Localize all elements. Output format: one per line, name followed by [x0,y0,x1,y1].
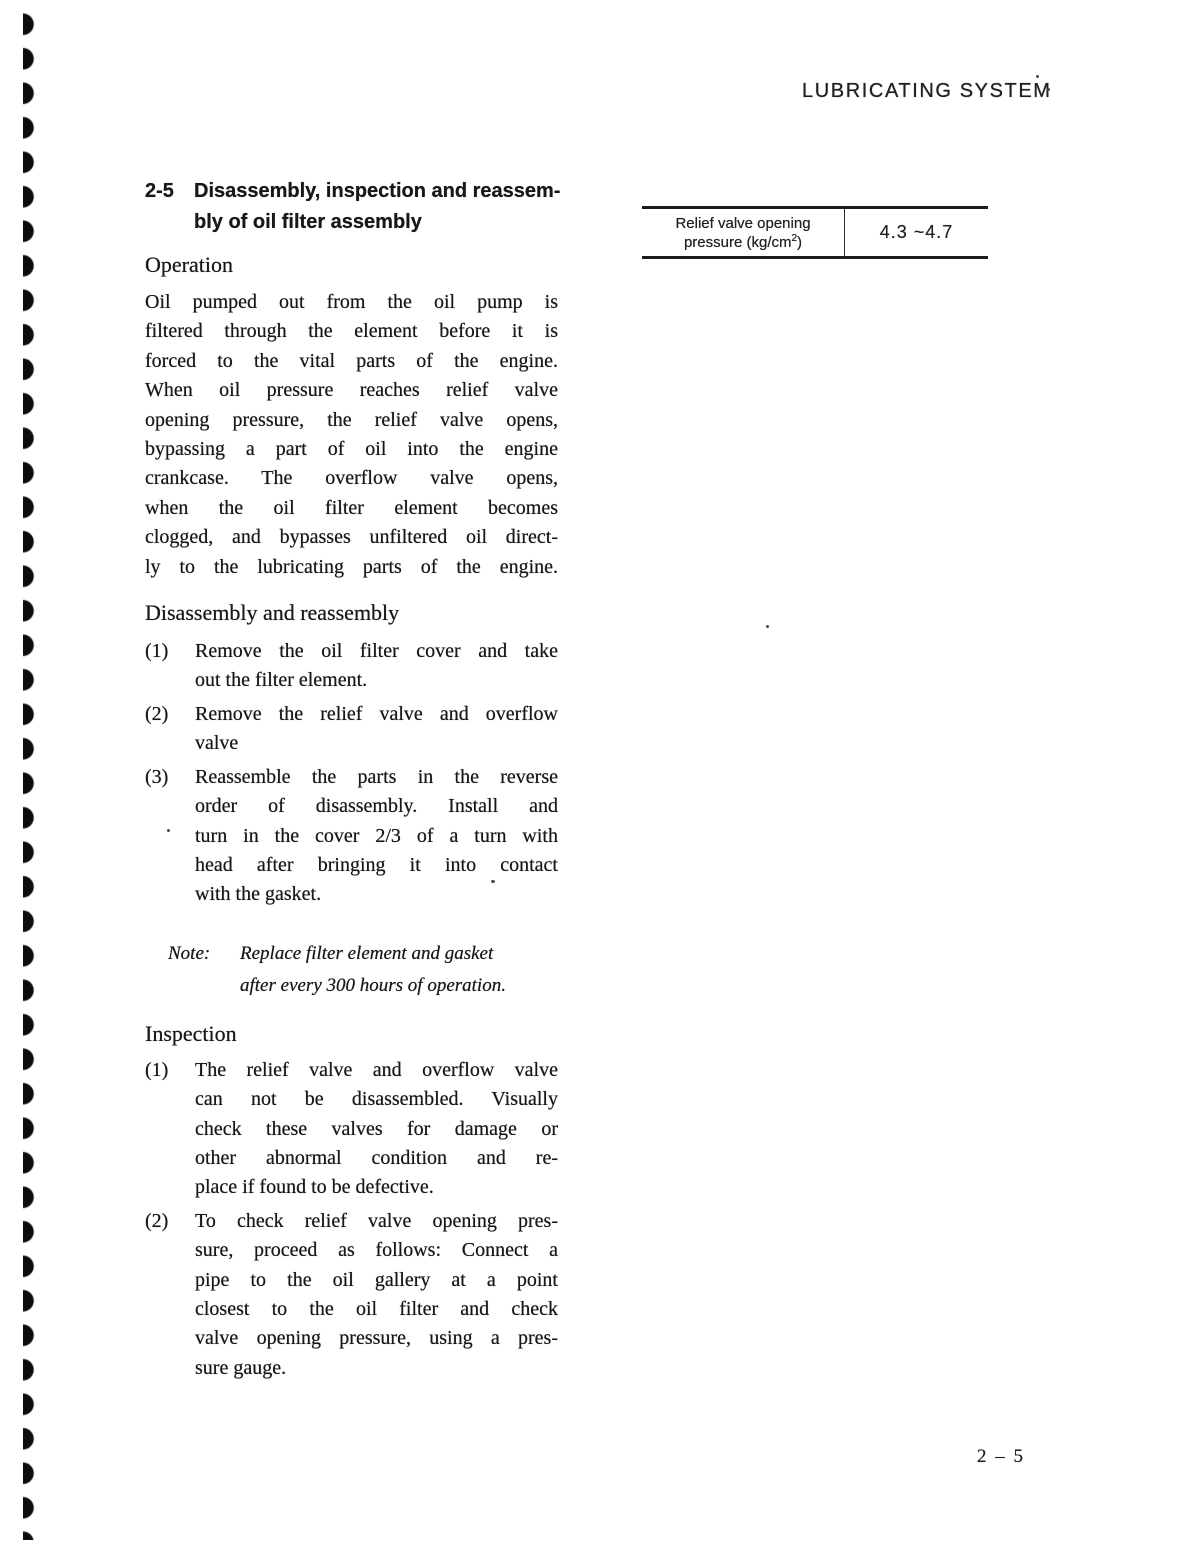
text-line: sure, proceed as follows: Connect a [195,1236,558,1265]
note-block: Note: Replace filter element and gasket … [168,938,558,1002]
text-line: with the gasket. [195,880,558,909]
section-heading: 2-5 Disassembly, inspection and reassem-… [145,176,558,238]
text-line: Remove the oil filter cover and take [195,637,558,666]
text-line: head after bringing it into contact [195,851,558,880]
scan-speck [766,625,769,628]
list-item: (2) Remove the relief valve and overflow… [145,700,558,759]
text-line: out the filter element. [195,666,558,695]
text-line: The relief valve and overflow valve [195,1056,558,1085]
list-item-number: (2) [145,1207,195,1383]
text-line: closest to the oil filter and check [195,1295,558,1324]
section-number: 2-5 [145,176,194,238]
main-column: 2-5 Disassembly, inspection and reassem-… [145,176,558,1387]
spec-label-line1: Relief valve opening [675,214,810,233]
text-line: order of disassembly. Install and [195,792,558,821]
spec-table-value: 4.3 ~4.7 [844,209,988,256]
scan-speck [1047,88,1050,91]
text-line: When oil pressure reaches relief valve [145,376,558,405]
text-line: pipe to the oil gallery at a point [195,1266,558,1295]
text-line: filtered through the element before it i… [145,317,558,346]
text-line: check these valves for damage or [195,1115,558,1144]
text-line: bypassing a part of oil into the engine [145,435,558,464]
text-line: opening pressure, the relief valve opens… [145,406,558,435]
disassembly-label: Disassembly and reassembly [145,599,558,626]
list-item-number: (1) [145,1056,195,1203]
text-line: bly of oil filter assembly [194,207,560,238]
scanned-manual-page: { "colors": { "paper": "#ffffff", "ink":… [0,0,1190,1544]
text-line: turn in the cover 2/3 of a turn with [195,822,558,851]
text-line: clogged, and bypasses unfiltered oil dir… [145,523,558,552]
spec-label-line2: pressure (kg/cm2) [684,233,802,252]
text-line: crankcase. The overflow valve opens, [145,464,558,493]
inspection-list: (1) The relief valve and overflow valve … [145,1056,558,1383]
text-line: Oil pumped out from the oil pump is [145,288,558,317]
operation-paragraph: Oil pumped out from the oil pump is filt… [145,288,558,582]
text-line: when the oil filter element becomes [145,494,558,523]
list-item-number: (1) [145,637,195,696]
list-item: (3) Reassemble the parts in the reverse … [145,763,558,910]
text-line: ly to the lubricating parts of the engin… [145,553,558,582]
text-line: sure gauge. [195,1354,558,1383]
list-item: (1) Remove the oil filter cover and take… [145,637,558,696]
list-item-number: (3) [145,763,195,910]
text-line: To check relief valve opening pres- [195,1207,558,1236]
spec-table: Relief valve opening pressure (kg/cm2) 4… [642,206,988,259]
disassembly-list: (1) Remove the oil filter cover and take… [145,637,558,910]
text-line: after every 300 hours of operation. [240,970,506,1002]
binding-holes [23,7,43,1540]
note-label: Note: [168,938,240,1002]
list-item: (2) To check relief valve opening pres- … [145,1207,558,1383]
page-number: 2 – 5 [977,1446,1025,1468]
text-line: other abnormal condition and re- [195,1144,558,1173]
text-line: Reassemble the parts in the reverse [195,763,558,792]
text-line: place if found to be defective. [195,1173,558,1202]
text-line: valve [195,729,558,758]
text-line: Disassembly, inspection and reassem- [194,176,560,207]
text-line: valve opening pressure, using a pres- [195,1324,558,1353]
text-line: Remove the relief valve and overflow [195,700,558,729]
note-text: Replace filter element and gasket after … [240,938,506,1002]
scan-speck [1036,75,1039,78]
section-title: Disassembly, inspection and reassem- bly… [194,176,560,238]
list-item-number: (2) [145,700,195,759]
text-line: forced to the vital parts of the engine. [145,347,558,376]
list-item: (1) The relief valve and overflow valve … [145,1056,558,1203]
inspection-label: Inspection [145,1020,558,1047]
text-line: Replace filter element and gasket [240,938,506,970]
spec-table-label: Relief valve opening pressure (kg/cm2) [642,209,844,256]
page-header-title: LUBRICATING SYSTEM [802,80,1052,103]
scan-speck [167,829,170,832]
scan-speck [491,880,495,883]
operation-label: Operation [145,251,558,278]
text-line: can not be disassembled. Visually [195,1085,558,1114]
